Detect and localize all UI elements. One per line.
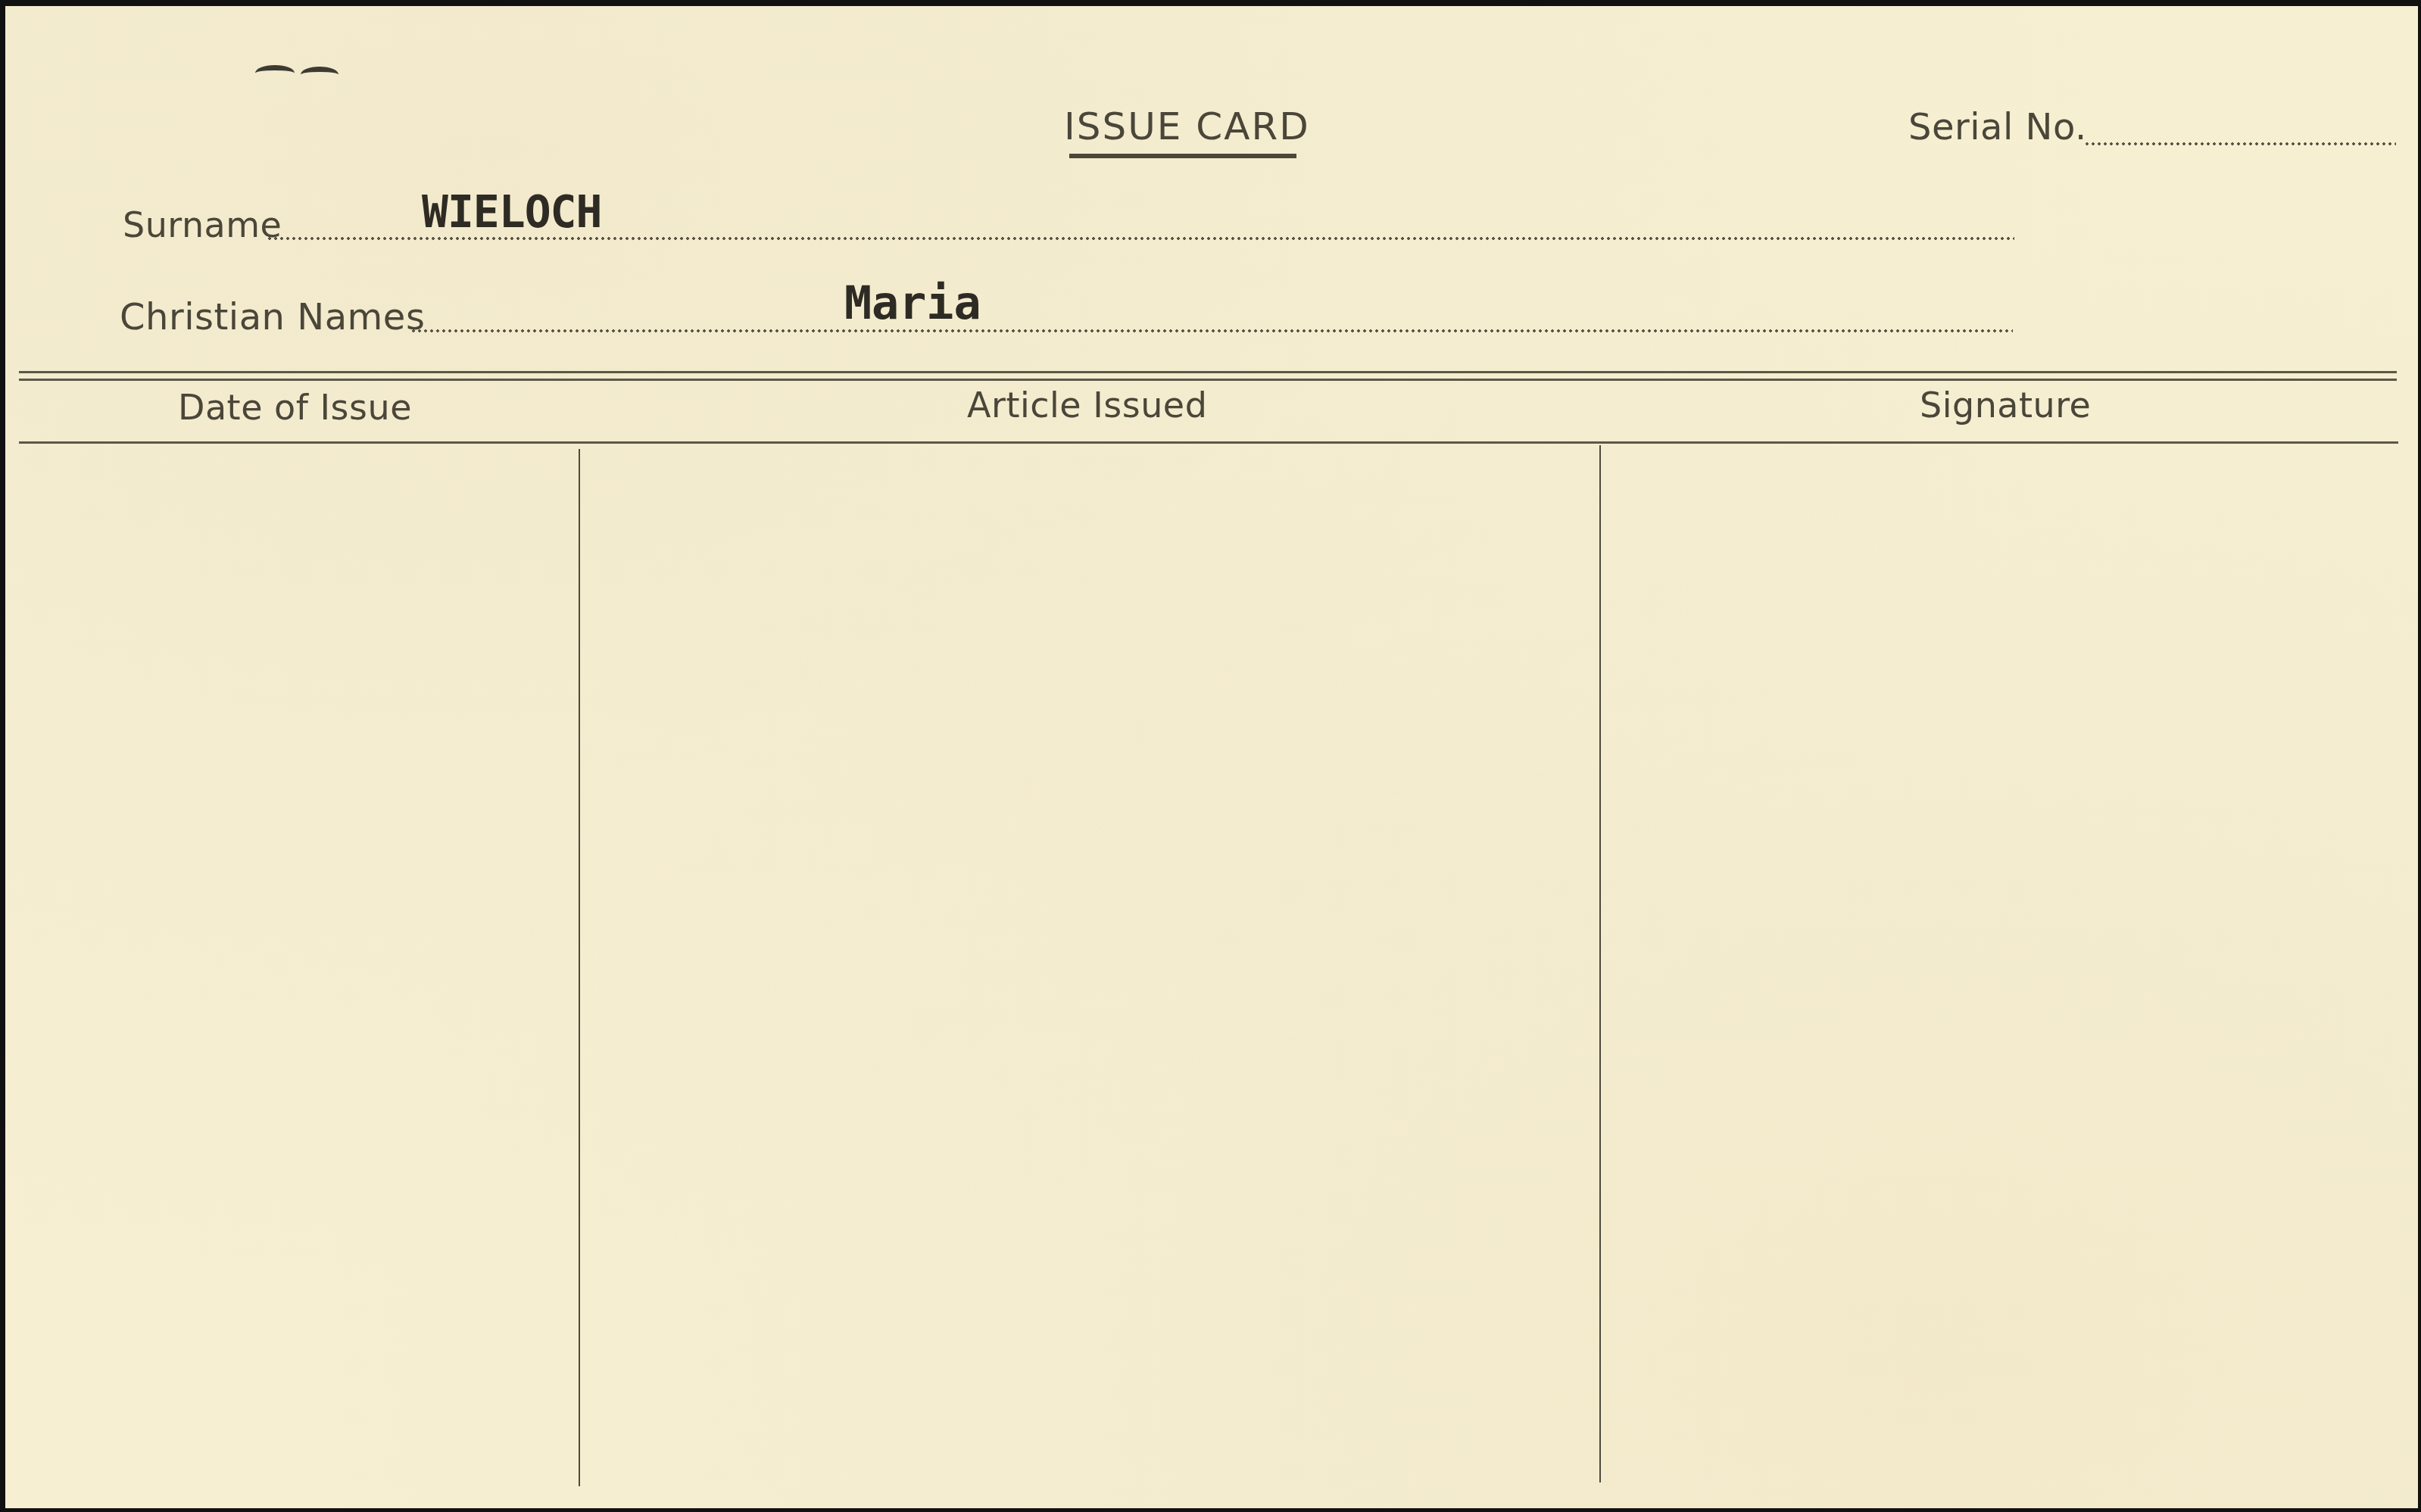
christian-names-label: Christian Names: [120, 296, 425, 338]
card-title: ISSUE CARD: [1064, 104, 1310, 148]
column-header-article-issued: Article Issued: [967, 385, 1207, 426]
christian-names-field[interactable]: [410, 329, 2013, 332]
issue-card: ISSUE CARD Serial No. Surname WIELOCH Ch…: [5, 6, 2418, 1508]
article-issued-column[interactable]: [581, 449, 1599, 1486]
serial-label: Serial No.: [1908, 106, 2087, 148]
signature-column[interactable]: [1602, 449, 2397, 1486]
column-divider-1: [579, 449, 580, 1486]
header-rule: [19, 441, 2398, 444]
column-header-date-of-issue: Date of Issue: [178, 387, 412, 428]
surname-value: WIELOCH: [422, 186, 601, 238]
date-of-issue-column[interactable]: [19, 449, 578, 1486]
surname-label: Surname: [123, 204, 282, 245]
column-divider-2: [1599, 445, 1601, 1482]
christian-names-value: Maria: [844, 277, 981, 330]
column-header-signature: Signature: [1920, 385, 2091, 426]
serial-field[interactable]: [2084, 142, 2396, 145]
staple-mark-icon: [255, 65, 295, 81]
double-rule-top: [19, 371, 2397, 373]
double-rule-bottom: [19, 379, 2397, 381]
title-underline: [1069, 154, 1296, 158]
staple-mark-icon: [301, 67, 339, 83]
